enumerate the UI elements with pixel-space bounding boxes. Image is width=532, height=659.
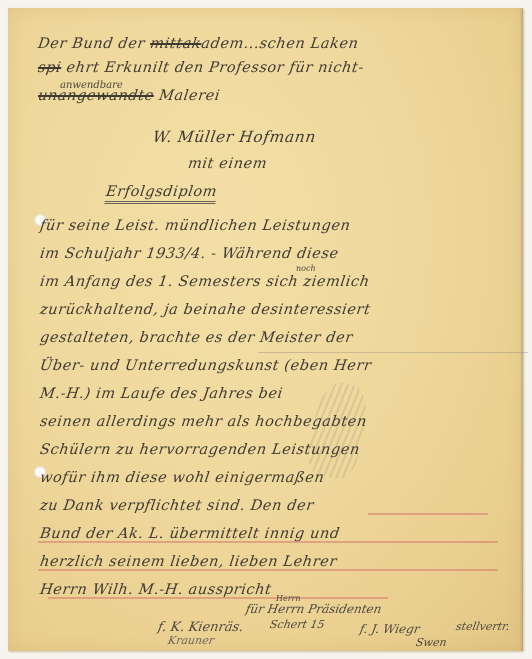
body-line-8: seinen allerdings mehr als hochbegabten <box>39 414 368 430</box>
red-underline <box>38 569 498 571</box>
header-line-3: unangewandte Malerei <box>37 88 221 104</box>
body-line-14: Herrn Wilh. M.-H. ausspricht <box>39 582 273 598</box>
middle-note: Schert 15 <box>269 618 326 631</box>
header-line-1-rest: adem...schen Laken <box>200 36 360 52</box>
red-underline <box>368 513 488 515</box>
body-line-11: zu Dank verpflichtet sind. Den der <box>39 498 315 514</box>
body-line-9: Schülern zu hervorragenden Leistungen <box>39 442 361 458</box>
red-underline <box>48 597 388 599</box>
president-line-text: für Herrn Präsidenten <box>245 602 383 616</box>
struck-word: mittak <box>149 36 202 52</box>
recipient-name: W. Müller Hofmann <box>152 128 318 146</box>
body-line-4: zurückhaltend, ja beinahe desinteressier… <box>39 302 372 318</box>
body-line-13: herzlich seinem lieben, lieben Lehrer <box>39 554 338 570</box>
with-line: mit einem <box>187 156 268 172</box>
struck-word: spi <box>37 60 62 76</box>
president-insert: Herrn <box>276 594 301 603</box>
header-line-2: spi ehrt Erkunilt den Professor für nich… <box>37 60 365 76</box>
header-line-1-text: Der Bund der <box>37 36 151 52</box>
struck-word: unangewandte <box>37 88 155 104</box>
body-line-12: Bund der Ak. L. übermittelt innig und <box>39 526 341 542</box>
left-signature-sub: Krauner <box>167 634 215 647</box>
heading-text: Erfolgsdiplom <box>104 184 218 204</box>
right-signature-sub: Swen <box>415 636 448 649</box>
body-line-7: M.-H.) im Laufe des Jahres bei <box>39 386 284 402</box>
body-line-3: im Anfang des 1. Semesters sich ziemlich <box>39 274 371 290</box>
header-line-1: Der Bund der mittakadem...schen Laken <box>37 36 360 52</box>
body-line-2: im Schuljahr 1933/4. - Während diese <box>39 246 340 262</box>
left-signature: f. K. Kienräs. <box>157 620 245 635</box>
letter-paper: Der Bund der mittakadem...schen Laken sp… <box>8 8 523 651</box>
body-line-1: für seine Leist. mündlichen Leistungen <box>39 218 352 234</box>
pencil-sketch-line <box>258 352 528 353</box>
right-role: stellvertr. <box>455 620 511 633</box>
right-signature: f. J. Wiegr <box>359 622 421 636</box>
pencil-sketch <box>304 379 373 482</box>
inserted-word-noch: noch <box>296 264 316 273</box>
heading: Erfolgsdiplom <box>105 184 218 200</box>
header-line-2-text: ehrt Erkunilt den Professor für nicht- <box>60 60 365 76</box>
header-line-3-text: Malerei <box>153 88 222 104</box>
president-line: für Herrn Präsidenten <box>245 602 383 616</box>
body-line-10: wofür ihm diese wohl einigermaßen <box>39 470 326 486</box>
body-line-5: gestalteten, brachte es der Meister der <box>39 330 354 346</box>
body-line-6: Über- und Unterredungskunst (eben Herr <box>39 358 373 374</box>
red-underline <box>38 541 498 543</box>
